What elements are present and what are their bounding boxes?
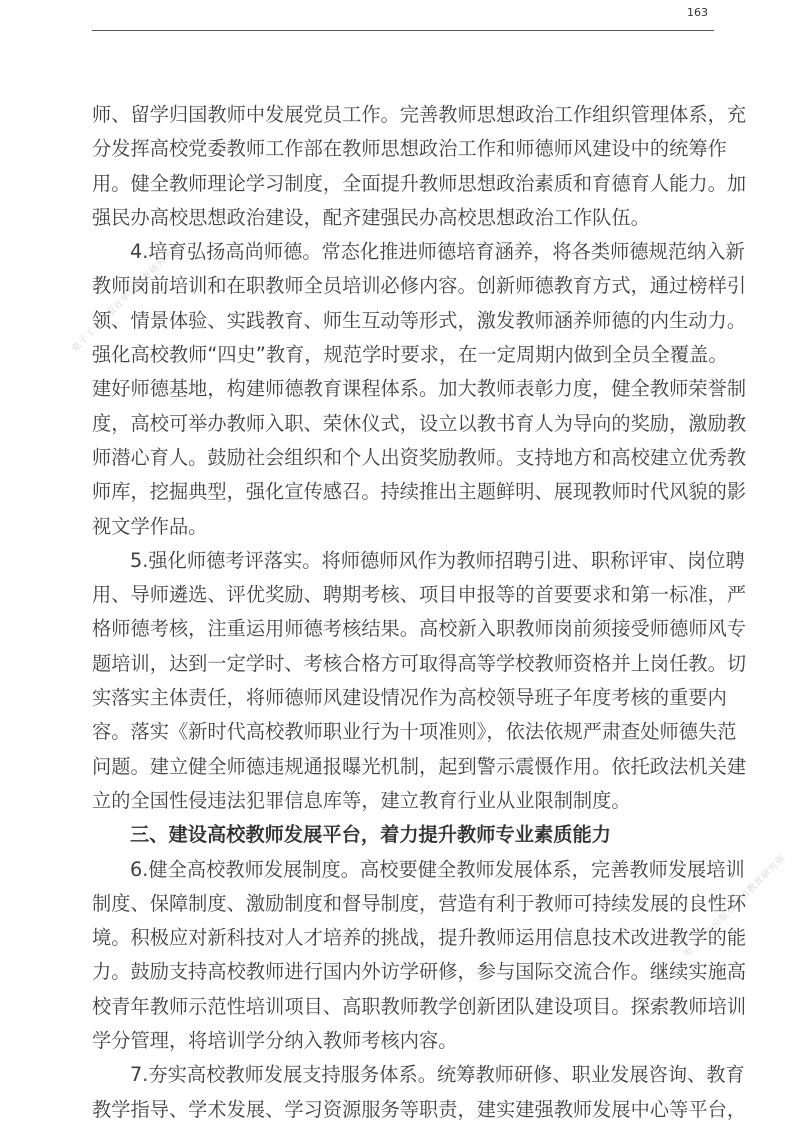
body-text-line: 7.夯实高校教师发展支持服务体系。统筹教师研修、职业发展咨询、教育: [92, 1058, 714, 1092]
body-text-line: 6.健全高校教师发展制度。高校要健全教师发展体系，完善教师发展培训: [92, 853, 714, 887]
body-text-line: 立的全国性侵违法犯罪信息库等，建立教育行业从业限制制度。: [92, 784, 714, 818]
body-text-line: 度，高校可举办教师入职、荣休仪式，设立以教书育人为导向的奖励，激励教: [92, 407, 714, 441]
body-text-line: 境。积极应对新科技对人才培养的挑战，提升教师运用信息技术改进教学的能: [92, 921, 714, 955]
body-text-line: 5.强化师德考评落实。将师德师风作为教师招聘引进、职称评审、岗位聘: [92, 544, 714, 578]
body-text-line: 师库，挖掘典型，强化宣传感召。持续推出主题鲜明、展现教师时代风貌的影: [92, 475, 714, 509]
page-number: 163: [687, 6, 708, 19]
body-text-line: 视文学作品。: [92, 510, 714, 544]
body-text-line: 强民办高校思想政治建设，配齐建强民办高校思想政治工作队伍。: [92, 201, 714, 235]
body-text-line: 容。落实《新时代高校教师职业行为十项准则》，依法依规严肃查处师德失范: [92, 715, 714, 749]
section-heading: 三、建设高校教师发展平台，着力提升教师专业素质能力: [92, 818, 714, 852]
body-text-line: 师、留学归国教师中发展党员工作。完善教师思想政治工作组织管理体系，充: [92, 98, 714, 132]
body-text-line: 教师岗前培训和在职教师全员培训必修内容。创新师德教育方式，通过榜样引: [92, 269, 714, 303]
body-text-line: 力。鼓励支持高校教师进行国内外访学研修，参与国际交流合作。继续实施高: [92, 955, 714, 989]
body-text-line: 教学指导、学术发展、学习资源服务等职责，建实建强教师发展中心等平台，: [92, 1093, 714, 1122]
body-text-line: 领、情景体验、实践教育、师生互动等形式，激发教师涵养师德的内生动力。: [92, 304, 714, 338]
body-text-line: 学分管理，将培训学分纳入教师考核内容。: [92, 1024, 714, 1058]
body-text-line: 强化高校教师“四史”教育，规范学时要求，在一定周期内做到全员全覆盖。: [92, 338, 714, 372]
header-rule: [92, 30, 714, 31]
body-text-line: 问题。建立健全师德违规通报曝光机制，起到警示震慑作用。依托政法机关建: [92, 750, 714, 784]
body-text-line: 用。健全教师理论学习制度，全面提升教师思想政治素质和育德育人能力。加: [92, 167, 714, 201]
body-text-line: 格师德考核，注重运用师德考核结果。高校新入职教师岗前须接受师德师风专: [92, 612, 714, 646]
body-text-line: 制度、保障制度、激励制度和督导制度，营造有利于教师可持续发展的良性环: [92, 887, 714, 921]
body-text-line: 分发挥高校党委教师工作部在教师思想政治工作和师德师风建设中的统筹作: [92, 132, 714, 166]
body-text-line: 题培训，达到一定学时、考核合格方可取得高等学校教师资格并上岗任教。切: [92, 647, 714, 681]
body-text-line: 4.培育弘扬高尚师德。常态化推进师德培育涵养，将各类师德规范纳入新: [92, 235, 714, 269]
body-text-line: 实落实主体责任，将师德师风建设情况作为高校领导班子年度考核的重要内: [92, 681, 714, 715]
body-text-line: 用、导师遴选、评优奖励、聘期考核、项目申报等的首要要求和第一标准，严: [92, 578, 714, 612]
body-text-line: 建好师德基地，构建师德教育课程体系。加大教师表彰力度，健全教师荣誉制: [92, 372, 714, 406]
document-body: 师、留学归国教师中发展党员工作。完善教师思想政治工作组织管理体系，充分发挥高校党…: [92, 98, 714, 1122]
body-text-line: 校青年教师示范性培训项目、高职教师教学创新团队建设项目。探索教师培训: [92, 990, 714, 1024]
body-text-line: 师潜心育人。鼓励社会组织和个人出资奖励教师。支持地方和高校建立优秀教: [92, 441, 714, 475]
